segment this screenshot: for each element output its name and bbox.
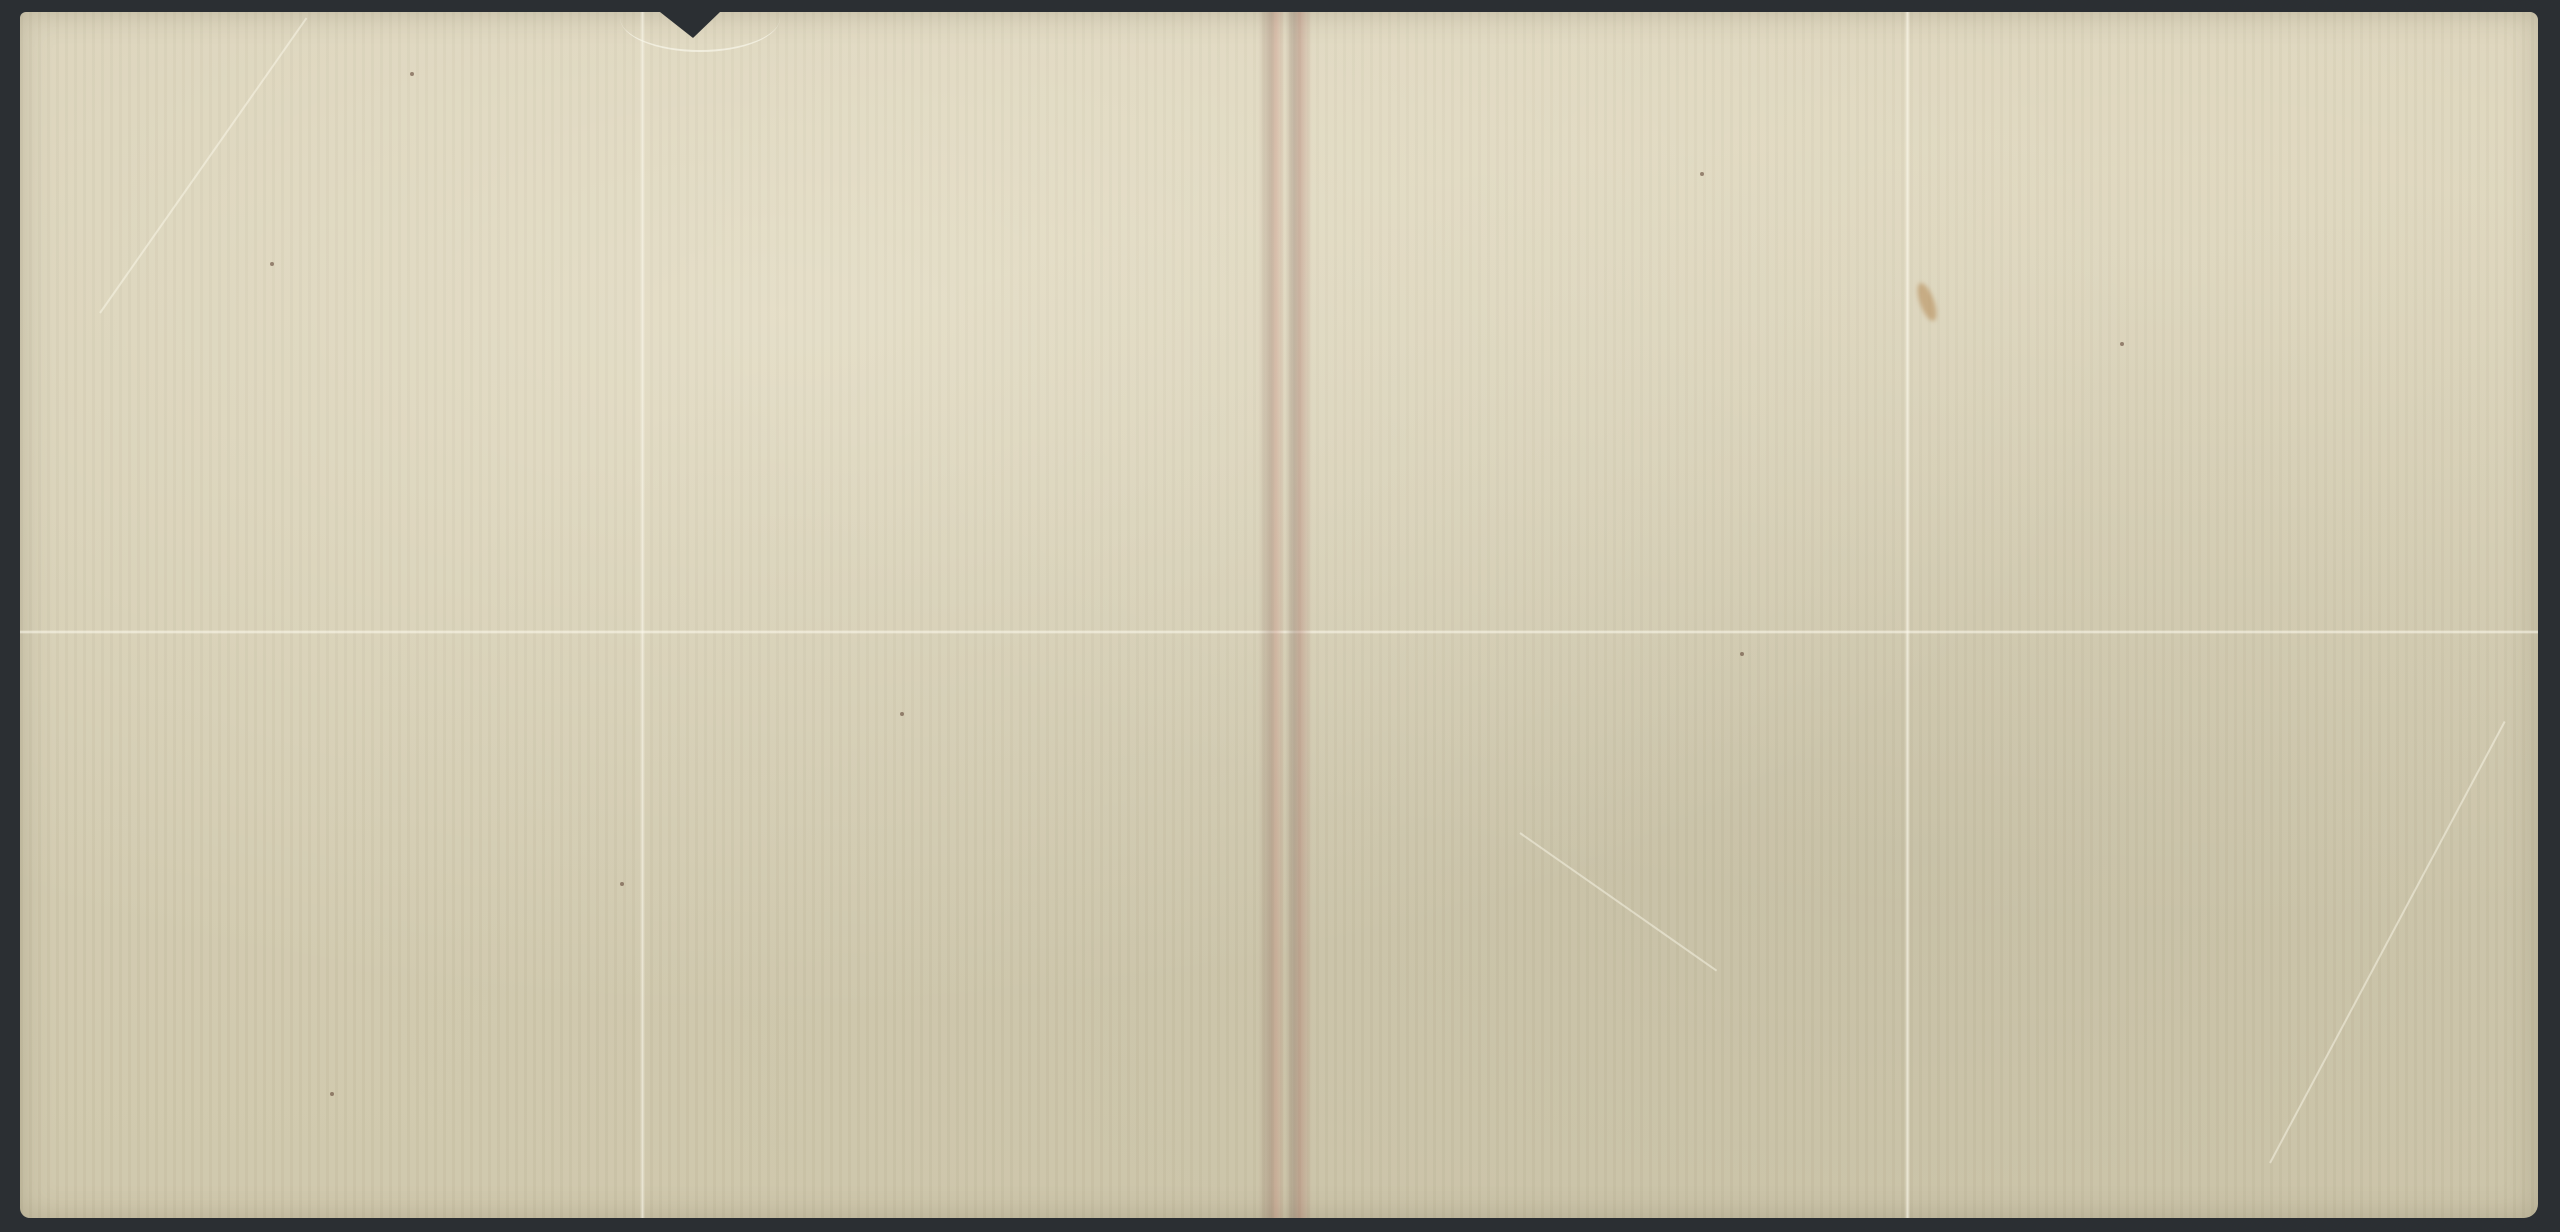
- rust-stain: [1914, 281, 1941, 323]
- central-security-strip: [1258, 12, 1318, 1218]
- paper-crease: [99, 18, 307, 314]
- speck: [620, 882, 624, 886]
- paper-crease: [2269, 721, 2506, 1163]
- speck: [2120, 342, 2124, 346]
- speck: [1700, 172, 1704, 176]
- vertical-fold-line-right: [1905, 12, 1910, 1218]
- vertical-fold-line-left: [640, 12, 645, 1218]
- paper-sheet: [20, 12, 2538, 1218]
- speck: [900, 712, 904, 716]
- speck: [1740, 652, 1744, 656]
- speck: [270, 262, 274, 266]
- paper-crease: [1519, 832, 1717, 971]
- speck: [410, 72, 414, 76]
- speck: [330, 1092, 334, 1096]
